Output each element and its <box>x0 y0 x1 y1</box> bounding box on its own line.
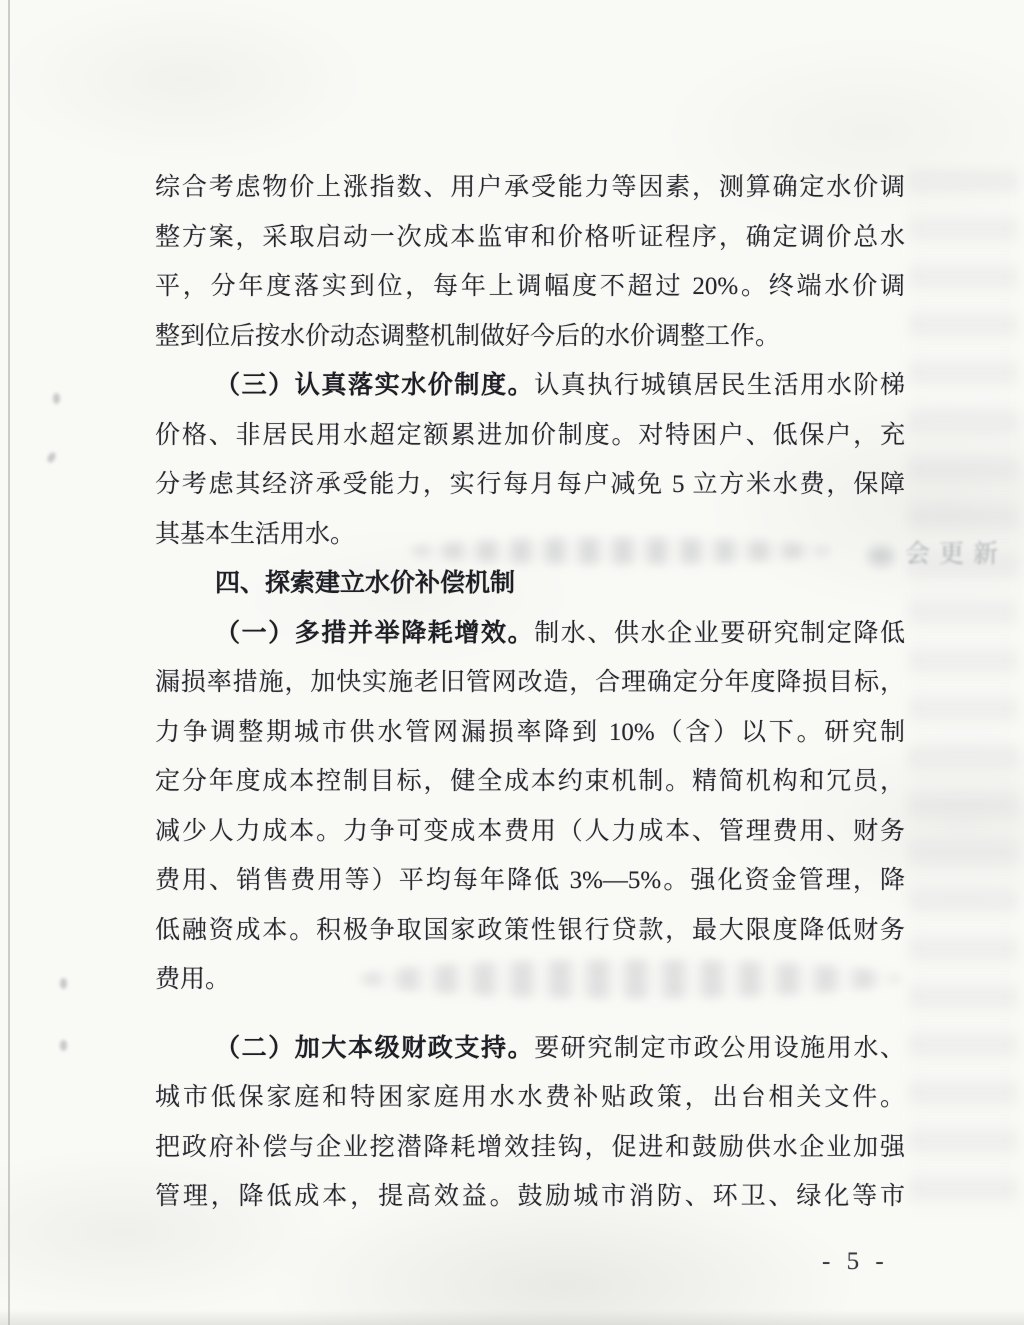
text-line: 力争调整期城市供水管网漏损率降到 10%（含）以下。研究制 <box>155 708 905 758</box>
body-run: 整到位后按水价动态调整机制做好今后的水价调整工作。 <box>155 323 780 350</box>
text-line: 把政府补偿与企业挖潜降耗增效挂钩，促进和鼓励供水企业加强 <box>155 1123 905 1173</box>
body-run: 价格、非居民用水超定额累进加价制度。对特困户、低保户，充 <box>155 422 905 449</box>
body-run: 平，分年度落实到位，每年上调幅度不超过 20%。终端水价调 <box>155 273 905 300</box>
text-line: 费用、销售费用等）平均每年降低 3%—5%。强化资金管理，降 <box>155 856 905 906</box>
body-run: 管理，降低成本，提高效益。鼓励城市消防、环卫、绿化等市 <box>155 1183 905 1210</box>
text-line: 分考虑其经济承受能力，实行每月每户减免 5 立方米水费，保障 <box>155 460 905 510</box>
body-run: 费用、销售费用等）平均每年降低 3%—5%。强化资金管理，降 <box>155 867 905 894</box>
scan-speck <box>60 1040 67 1051</box>
body-run: 制水、供水企业要研究制定降低 <box>534 620 905 647</box>
body-run: 定分年度成本控制目标，健全成本约束机制。精简机构和冗员， <box>155 768 905 795</box>
body-run: 认真执行城镇居民生活用水阶梯 <box>534 372 905 399</box>
body-run: 其基本生活用水。 <box>155 521 355 548</box>
scan-artifact <box>908 170 1018 1210</box>
text-line: 定分年度成本控制目标，健全成本约束机制。精简机构和冗员， <box>155 757 905 807</box>
text-line: 其基本生活用水。 <box>155 510 905 560</box>
heading-run: （三）认真落实水价制度。 <box>215 372 534 399</box>
body-run: 综合考虑物价上涨指数、用户承受能力等因素，测算确定水价调 <box>155 174 905 201</box>
text-line: 平，分年度落实到位，每年上调幅度不超过 20%。终端水价调 <box>155 262 905 312</box>
text-line: 整方案，采取启动一次成本监审和价格听证程序，确定调价总水 <box>155 213 905 263</box>
text-line: 城市低保家庭和特困家庭用水水费补贴政策，出台相关文件。 <box>155 1073 905 1123</box>
scan-speck <box>46 451 58 464</box>
heading-run: （二）加大本级财政支持。 <box>215 1035 534 1062</box>
text-line: （二）加大本级财政支持。要研究制定市政公用设施用水、 <box>155 1024 905 1074</box>
body-run: 低融资成本。积极争取国家政策性银行贷款，最大限度降低财务 <box>155 917 905 944</box>
page-number: - 5 - <box>822 1248 962 1276</box>
body-run: 力争调整期城市供水管网漏损率降到 10%（含）以下。研究制 <box>155 719 905 746</box>
text-line: 整到位后按水价动态调整机制做好今后的水价调整工作。 <box>155 312 905 362</box>
body-run: 减少人力成本。力争可变成本费用（人力成本、管理费用、财务 <box>155 818 905 845</box>
scan-speck <box>53 393 60 404</box>
scan-speck <box>60 978 67 989</box>
text-line: 综合考虑物价上涨指数、用户承受能力等因素，测算确定水价调 <box>155 163 905 213</box>
body-run: 漏损率措施，加快实施老旧管网改造，合理确定分年度降损目标， <box>155 669 905 696</box>
text-line: 费用。 <box>155 955 905 1005</box>
body-run: 把政府补偿与企业挖潜降耗增效挂钩，促进和鼓励供水企业加强 <box>155 1134 905 1161</box>
heading-run: 四、探索建立水价补偿机制 <box>215 570 515 597</box>
text-line: 价格、非居民用水超定额累进加价制度。对特困户、低保户，充 <box>155 411 905 461</box>
text-line: 减少人力成本。力争可变成本费用（人力成本、管理费用、财务 <box>155 807 905 857</box>
text-line: 四、探索建立水价补偿机制 <box>155 559 905 609</box>
body-run: 整方案，采取启动一次成本监审和价格听证程序，确定调价总水 <box>155 224 905 251</box>
scan-edge-line <box>8 0 10 1325</box>
text-block: 综合考虑物价上涨指数、用户承受能力等因素，测算确定水价调整方案，采取启动一次成本… <box>155 163 905 1222</box>
text-line: （三）认真落实水价制度。认真执行城镇居民生活用水阶梯 <box>155 361 905 411</box>
heading-run: （一）多措并举降耗增效。 <box>215 620 534 647</box>
text-line: （一）多措并举降耗增效。制水、供水企业要研究制定降低 <box>155 609 905 659</box>
text-line: 漏损率措施，加快实施老旧管网改造，合理确定分年度降损目标， <box>155 658 905 708</box>
text-line: 管理，降低成本，提高效益。鼓励城市消防、环卫、绿化等市 <box>155 1172 905 1222</box>
body-run: 要研究制定市政公用设施用水、 <box>534 1035 905 1062</box>
text-line: 低融资成本。积极争取国家政策性银行贷款，最大限度降低财务 <box>155 906 905 956</box>
body-run: 城市低保家庭和特困家庭用水水费补贴政策，出台相关文件。 <box>155 1084 905 1111</box>
scan-edge-shadow <box>0 1309 1024 1325</box>
body-run: 分考虑其经济承受能力，实行每月每户减免 5 立方米水费，保障 <box>155 471 905 498</box>
ghost-bleedthrough-text: 会更新 <box>905 534 1007 570</box>
body-run: 费用。 <box>155 966 230 993</box>
